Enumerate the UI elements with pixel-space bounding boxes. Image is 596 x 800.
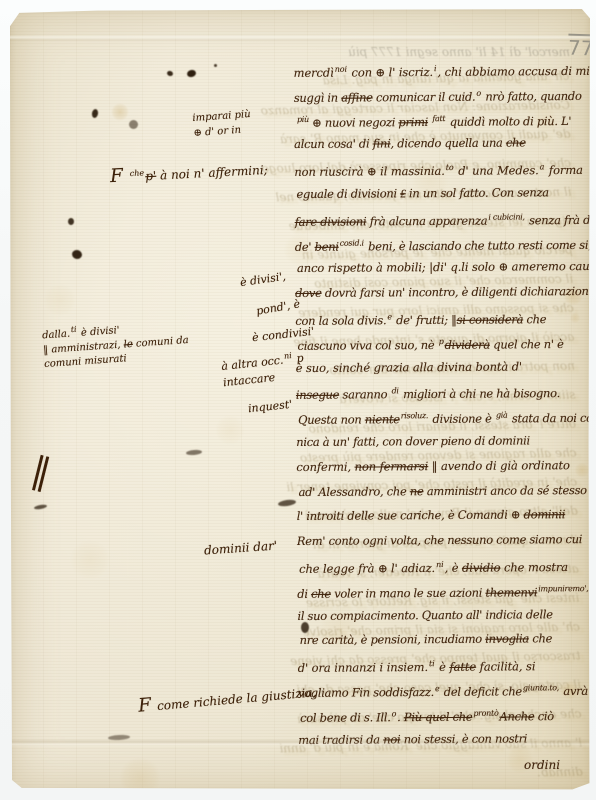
struck-word: affine xyxy=(341,90,373,104)
manuscript-line: insegue saranno di migliori à chi ne hà … xyxy=(296,378,596,405)
handwritten-word: impuniremo', xyxy=(538,584,588,593)
handwritten-word: che legge frà ⊕ l' adiaz. xyxy=(299,561,435,576)
manuscript-line: non riuscirà ⊕ il massinia.to d' una Med… xyxy=(294,155,596,182)
handwritten-word: de' frutti; ‖ xyxy=(393,313,457,327)
handwritten-word: comunicar il cuid. xyxy=(373,89,476,104)
handwritten-word: ni xyxy=(436,560,444,569)
manuscript-line: dove dovrà farsi un' incontro, è diligen… xyxy=(295,279,596,306)
foxing-stain xyxy=(38,278,82,322)
manuscript-line: l' introiti delle sue cariche, è Comandi… xyxy=(297,502,596,529)
handwritten-word: anco rispetto à mobili; |di' q.li solo ⊕… xyxy=(297,259,596,275)
scan-background: { "page": { "page_number": "77", "backgr… xyxy=(0,0,596,800)
handwritten-word: p xyxy=(439,337,444,346)
handwritten-word: saranno xyxy=(339,388,391,402)
handwritten-word: ti xyxy=(70,325,76,334)
foxing-stain xyxy=(108,100,132,124)
foxing-stain xyxy=(112,750,168,800)
handwritten-word: Questa non xyxy=(298,413,365,427)
handwritten-word: o xyxy=(392,709,397,718)
handwritten-word: è suo, sinché grazia alla divina bontà d… xyxy=(296,359,522,375)
handwritten-word: ⊕ d' or in xyxy=(193,124,241,138)
handwritten-word: ⊕ nuovi negozi xyxy=(312,115,398,130)
handwritten-word: i xyxy=(434,64,437,73)
handwritten-word: amministri anco da sé stesso xyxy=(423,483,586,498)
handwritten-word: è xyxy=(436,660,450,674)
manuscript-line: Questa non nienterisoluz. divisione è gi… xyxy=(296,403,596,430)
handwritten-word: de' xyxy=(295,239,315,253)
handwritten-word: ciò xyxy=(534,709,554,723)
manuscript-line: ciascuno viva col suo, nè pdividerà quel… xyxy=(295,329,596,356)
struck-word: che xyxy=(506,136,526,150)
struck-word: ne xyxy=(410,484,424,498)
handwritten-word: , è xyxy=(445,561,462,575)
handwritten-word: a xyxy=(540,163,545,172)
handwritten-word: divisione è xyxy=(429,412,495,426)
handwritten-word: frà alcuna apparenza xyxy=(366,213,487,228)
manuscript-line: confermi, non fermarsi ‖ avendo di già o… xyxy=(296,453,596,480)
handwritten-word: cosid.i xyxy=(340,238,364,247)
struck-word: invoglia xyxy=(485,632,529,646)
handwritten-word: d' una Medes. xyxy=(455,163,539,178)
foxing-stain xyxy=(210,410,250,450)
handwritten-word: F xyxy=(110,165,130,187)
manuscript-line: mai tradirsi da noi noi stessi, è con no… xyxy=(298,725,596,752)
struck-word: Anche xyxy=(499,709,534,723)
manuscript-line: che legge frà ⊕ l' adiaz.ni, è dividio c… xyxy=(297,552,596,579)
handwritten-word: prontò xyxy=(473,708,498,717)
handwritten-word: confermi, xyxy=(296,459,354,473)
handwritten-word: comuni da xyxy=(132,335,189,350)
fold-crease-top xyxy=(10,35,590,42)
handwritten-word: è divisi' xyxy=(77,325,119,339)
ink-blot xyxy=(68,218,74,225)
handwritten-word: noi xyxy=(335,65,347,74)
handwritten-word: nrò fatto, quando xyxy=(482,89,582,104)
struck-word: primi xyxy=(398,115,428,129)
handwritten-word: beni, è lasciando che tutto resti come s… xyxy=(365,237,592,253)
handwritten-word: dalla. xyxy=(42,329,71,342)
handwritten-word: F xyxy=(137,694,158,717)
handwritten-word: quel che n' è xyxy=(490,337,564,352)
handwritten-word: non riuscirà ⊕ il massinia. xyxy=(294,164,445,179)
manuscript-line: eguale di divisioni ₤ in un sol fatto. C… xyxy=(294,180,596,207)
manuscript-page: ch' una golenna la qui lunga in pag. Lis… xyxy=(10,9,590,791)
handwritten-word: forma xyxy=(545,163,583,177)
handwritten-word: nre carità, è pensioni, incudiamo xyxy=(300,632,486,647)
handwritten-word: dominii dar' xyxy=(204,538,278,557)
manuscript-line: anco rispetto à mobili; |di' q.li solo ⊕… xyxy=(295,254,596,281)
handwritten-word: e xyxy=(435,684,440,693)
handwritten-word: col bene di s. Ill. xyxy=(300,710,391,725)
struck-word: dominii xyxy=(524,508,566,522)
handwritten-word: il suo compiacimento. Quanto all' indici… xyxy=(297,607,552,623)
struck-word: non fermarsi xyxy=(355,459,429,474)
catchword-ordini: ordini xyxy=(524,758,560,772)
handwritten-word: o xyxy=(476,89,481,98)
handwritten-word: che xyxy=(523,312,546,326)
handwritten-word: e xyxy=(387,312,392,321)
manuscript-line: è suo, sinché grazia alla divina bontà d… xyxy=(296,354,596,381)
handwritten-word: i cubicini, xyxy=(488,212,524,221)
handwritten-word: facilità, si xyxy=(476,659,535,673)
struck-word: dividerà xyxy=(445,337,490,351)
handwritten-word: alcun cosa' di xyxy=(294,137,373,152)
struck-word: themenvi xyxy=(485,585,537,599)
handwritten-word: d' ora innanzi i insiem. xyxy=(298,660,428,675)
handwritten-word: più xyxy=(297,115,311,124)
handwritten-word: fatt xyxy=(432,114,445,123)
struck-word: beni xyxy=(315,239,339,253)
handwritten-word: quiddì molto di più. L' xyxy=(446,114,571,129)
manuscript-line: più ⊕ nuovi negozi primi fatt quiddì mol… xyxy=(294,106,596,133)
manuscript-line: vogliamo Fin soddisfazz.e del deficit ch… xyxy=(298,676,596,703)
handwritten-word xyxy=(428,115,431,129)
handwritten-word: p xyxy=(292,351,304,365)
manuscript-line: di che voler in mano le sue azioni theme… xyxy=(297,577,596,604)
manuscript-line: d' ora innanzi i insiem.ti è fatte facil… xyxy=(298,651,596,678)
ink-blot xyxy=(129,120,138,129)
manuscript-line: Rem' conto ogni volta, che nessuno come … xyxy=(297,527,596,554)
handwritten-word: giunta.to, xyxy=(523,683,559,692)
handwritten-word: eguale di divisioni xyxy=(296,186,400,201)
handwritten-word: , chi abbiamo accusa di mini' xyxy=(437,64,596,79)
handwritten-word: nica à un' fatti, con dover pieno di dom… xyxy=(296,433,530,449)
handwritten-word: ni xyxy=(284,351,293,361)
manuscript-line: con la sola divis.e de' frutti; ‖si cons… xyxy=(295,304,596,331)
margin-note: imparai più⊕ d' or in xyxy=(192,108,252,141)
handwritten-word: con ⊕ l' iscriz. xyxy=(348,65,433,80)
handwritten-word: imparai più xyxy=(192,109,251,124)
manuscript-line: nica à un' fatti, con dover pieno di dom… xyxy=(296,428,596,455)
handwritten-word: inquest' xyxy=(247,398,292,416)
struck-word: dividio xyxy=(462,560,501,574)
handwritten-word: Rem' conto ogni volta, che nessuno come … xyxy=(297,532,582,548)
struck-word: fatte xyxy=(449,660,476,674)
struck-word: fare divisioni xyxy=(295,214,367,229)
handwritten-word: del deficit che xyxy=(440,684,522,699)
handwritten-word: stata da noi commu= xyxy=(508,411,596,426)
handwritten-word: l' introiti delle sue cariche, è Comandi… xyxy=(297,508,524,524)
handwritten-word: già xyxy=(496,411,508,420)
struck-word: fini xyxy=(373,137,391,151)
main-text-block: mercdìnoi con ⊕ l' iscriz.i, chi abbiamo… xyxy=(294,56,596,770)
manuscript-line: nre carità, è pensioni, incudiamo invogl… xyxy=(297,626,596,653)
manuscript-line: fare divisioni frà alcuna apparenzai cub… xyxy=(295,205,596,232)
manuscript-line: ad' Alessandro, che ne amministri anco d… xyxy=(296,477,596,504)
handwritten-word: mai tradirsi da xyxy=(298,732,383,747)
manuscript-line: suggì in affine comunicar il cuid.o nrò … xyxy=(294,81,596,108)
handwritten-word: ti xyxy=(429,659,435,668)
handwritten-word: to xyxy=(446,163,454,172)
handwritten-word: in un sol fatto. Con senza xyxy=(406,185,549,200)
handwritten-word: ‖ avendo di già ordinato xyxy=(428,458,570,473)
manuscript-line: il suo compiacimento. Quanto all' indici… xyxy=(297,601,596,628)
handwritten-word: senza frà divisioni xyxy=(526,212,596,227)
handwritten-word: voler in mano le sue azioni xyxy=(331,585,486,600)
struck-word: insegue xyxy=(296,388,339,402)
handwritten-word: risoluz. xyxy=(401,411,428,420)
handwritten-word: noi stessi, è con nostri xyxy=(400,731,527,746)
foxing-stain xyxy=(63,533,117,587)
handwritten-word: ad' Alessandro, che xyxy=(298,484,409,499)
manuscript-line: col bene di s. Ill.o. Più quel cheprontò… xyxy=(298,701,596,728)
handwritten-word: di xyxy=(392,387,399,396)
handwritten-word: , dicendo quella una xyxy=(390,136,506,151)
handwritten-word: di xyxy=(297,587,311,601)
handwritten-word: mercdì xyxy=(294,66,334,80)
handwritten-word: che xyxy=(130,168,145,178)
ink-blot xyxy=(214,64,217,67)
struck-word: noi xyxy=(383,732,400,746)
handwritten-word: dovrà farsi un' incontro, è diligenti di… xyxy=(322,284,596,300)
handwritten-word: avrà xyxy=(560,684,588,698)
handwritten-word: à noi n' affermini; xyxy=(156,163,268,183)
struck-word: niente xyxy=(365,412,400,426)
handwritten-word: migliori à chi ne hà bisogno. xyxy=(400,386,560,401)
handwritten-word: vogliamo Fin soddisfazz. xyxy=(298,685,434,700)
manuscript-line: alcun cosa' di fini, dicendo quella una … xyxy=(294,130,596,157)
handwritten-word: suggì in xyxy=(294,90,342,104)
struck-word: che xyxy=(311,586,331,600)
handwritten-word: ciascuno viva col suo, nè xyxy=(297,338,437,353)
struck-word: si considerà xyxy=(457,312,524,326)
handwritten-word: che mostra xyxy=(500,560,568,574)
manuscript-line: de' benicosid.i beni, è lasciando che tu… xyxy=(295,230,596,257)
manuscript-line: mercdìnoi con ⊕ l' iscriz.i, chi abbiamo… xyxy=(294,56,596,83)
handwritten-word: che xyxy=(529,632,552,646)
struck-word: Più quel che xyxy=(404,709,473,723)
